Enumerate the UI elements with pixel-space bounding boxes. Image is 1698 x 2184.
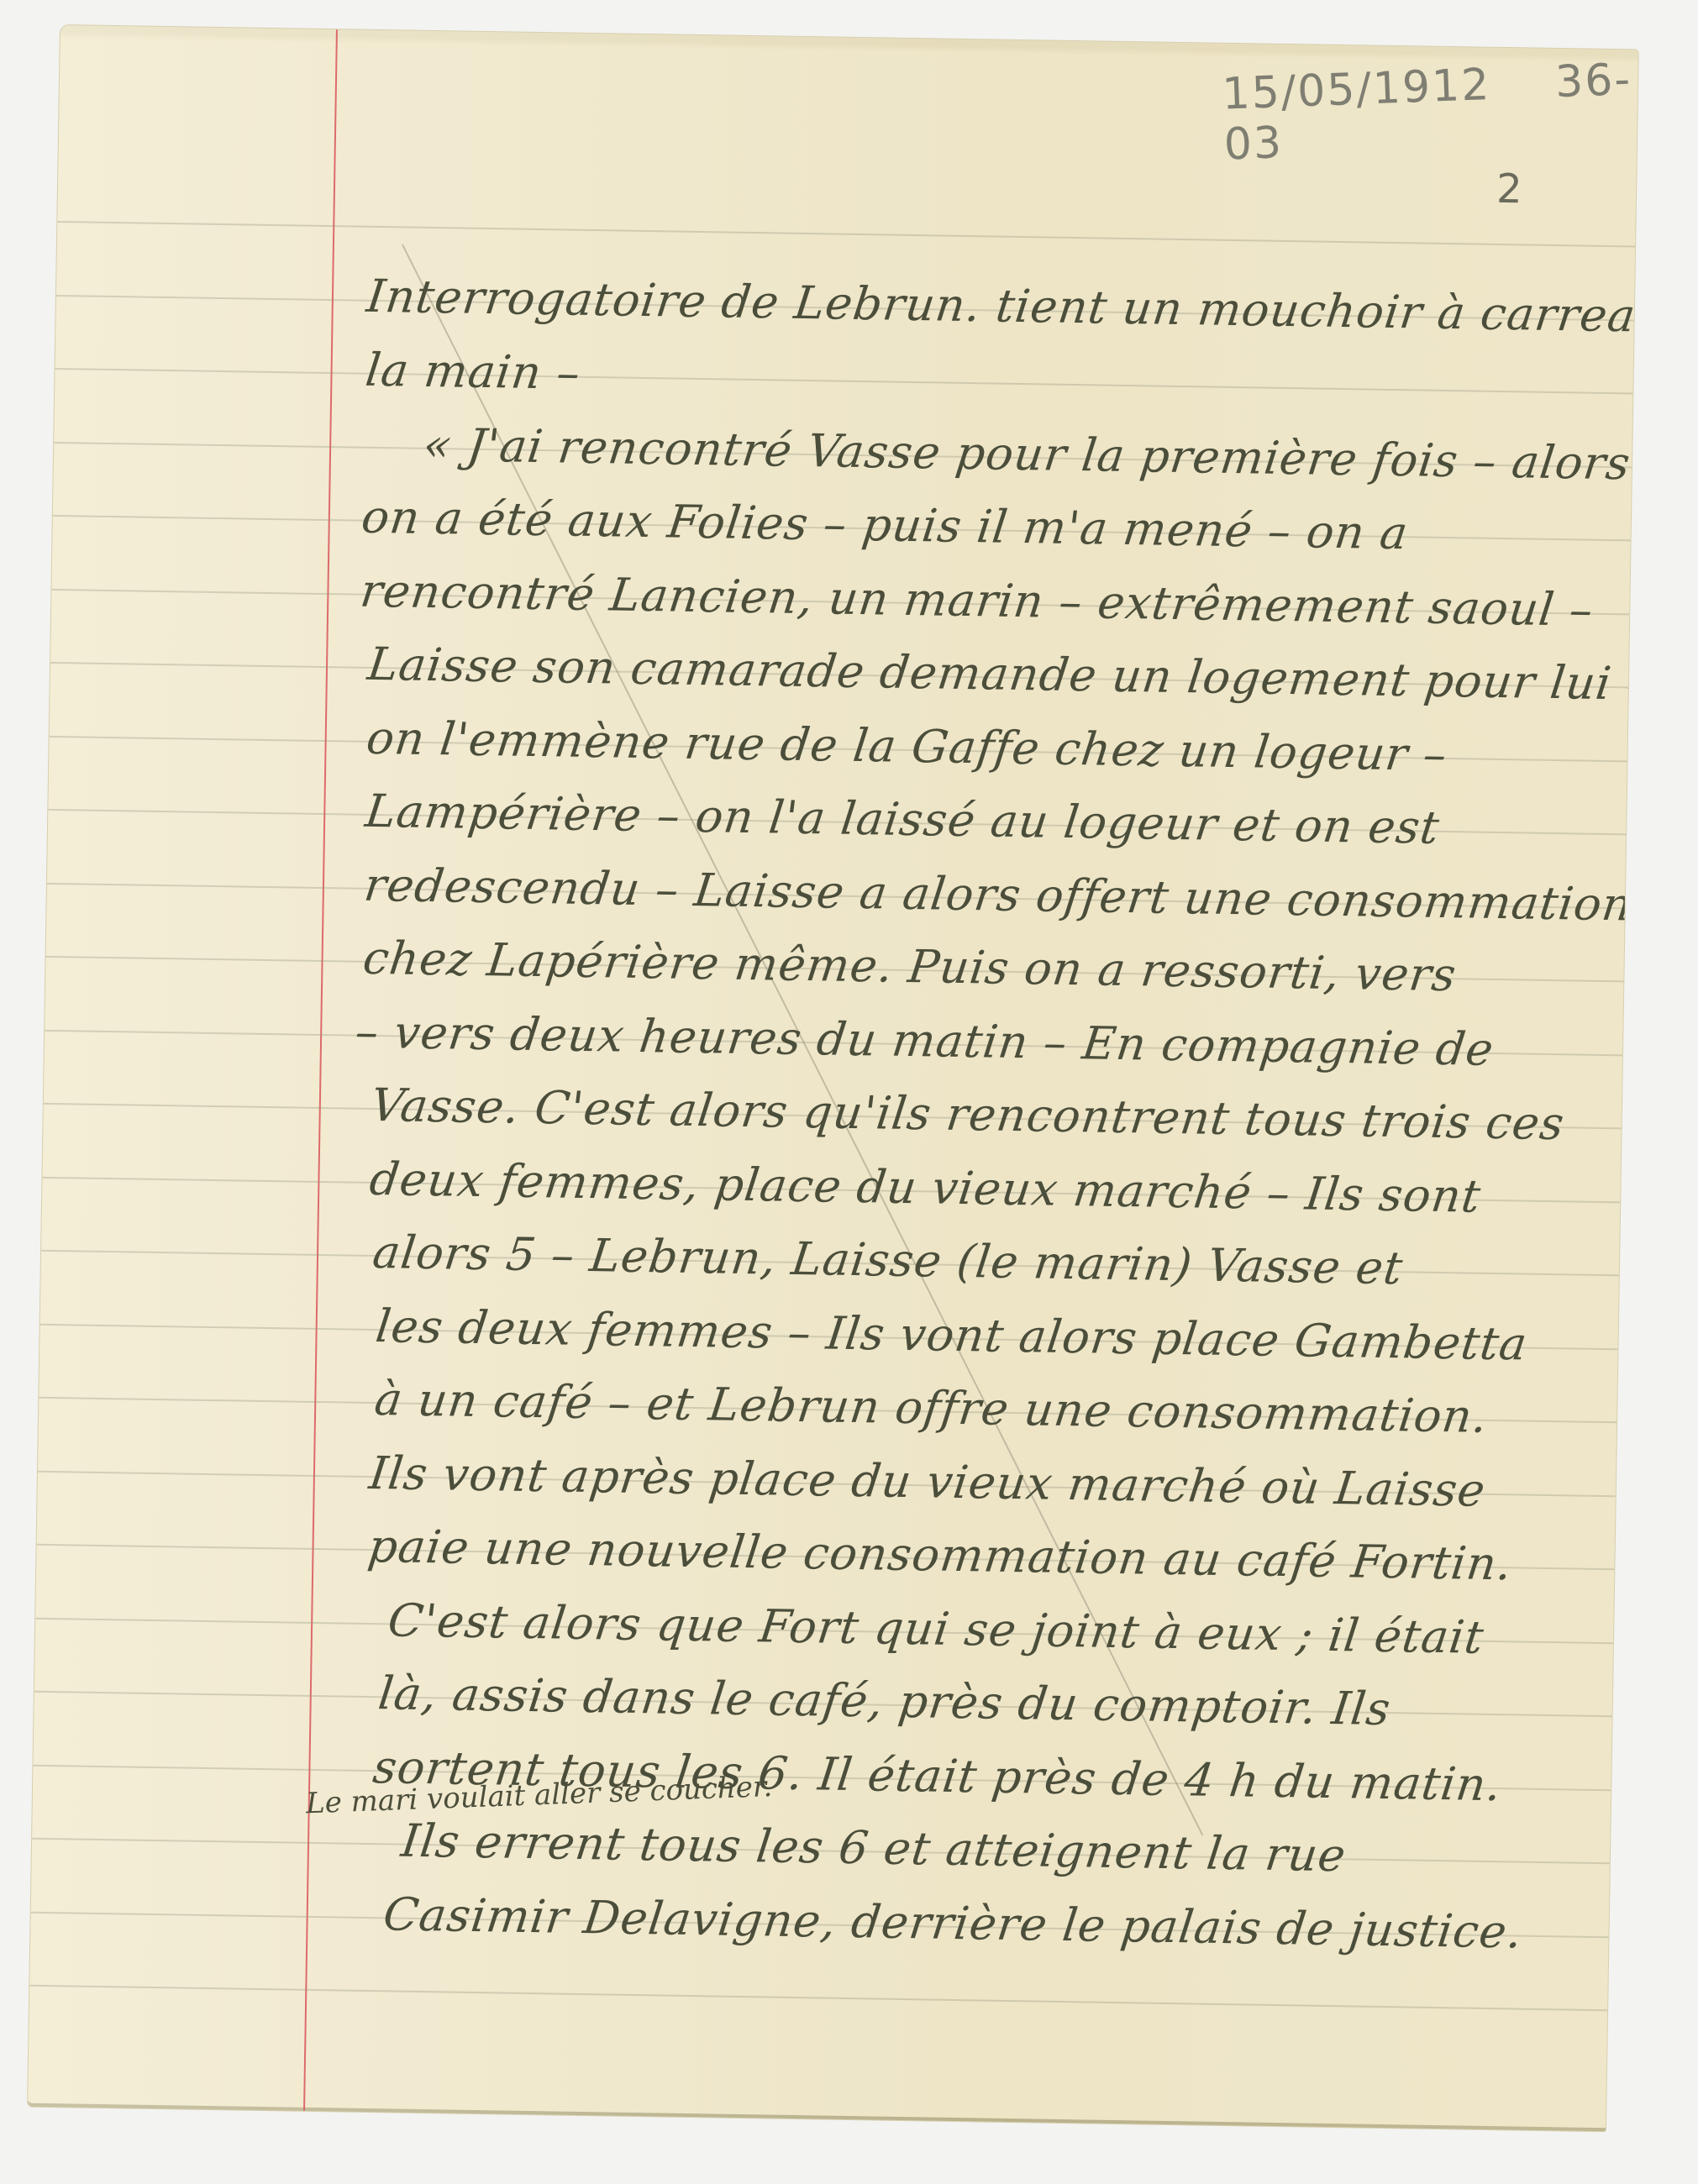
text-line: Lampérière – on l'a laissé au logeur et … [363,789,1442,851]
text-line: Interrogatoire de Lebrun. tient un mouch… [365,274,1638,340]
text-line: les deux femmes – Ils vont alors place G… [373,1304,1530,1367]
text-line: alors 5 – Lebrun, Laisse (le marin) Vass… [371,1230,1406,1291]
text-line: Ils errent tous les 6 et atteignent la r… [399,1819,1348,1879]
archive-date: 15/05/1912 [1222,60,1492,120]
text-line: « J'ai rencontré Vasse pour la première … [421,423,1633,486]
text-line: chez Lapérière même. Puis on a ressorti,… [360,936,1459,998]
text-line: Vasse. C'est alors qu'ils rencontrent to… [369,1083,1567,1147]
text-line: paie une nouvelle consommation au café F… [365,1524,1515,1587]
text-line: la main – [363,348,583,396]
text-line: à un café – et Lebrun offre une consomma… [372,1377,1490,1440]
manuscript-page: 15/05/1912 36-03 2 Interrogatoire de Leb… [28,25,1638,2131]
ruled-line [55,368,1633,394]
text-line: C'est alors que Fort qui se joint à eux … [386,1598,1486,1660]
page-number: 2 [1496,165,1522,213]
text-line: rencontré Lancien, un marin – extrêmemen… [358,569,1595,633]
text-line: Ils vont après place du vieux marché où … [367,1451,1488,1514]
text-line: redescendu – Laisse a alors offert une c… [362,863,1635,928]
ruled-line [29,1985,1607,2011]
archive-date-stamp: 15/05/1912 36-03 [1222,55,1638,171]
text-line: Laisse son camarade demande un logement … [365,642,1638,707]
text-line: là, assis dans le café, près du comptoir… [376,1671,1394,1732]
text-line: on a été aux Folies – puis il m'a mené –… [360,495,1411,556]
text-line: Casimir Delavigne, derrière le palais de… [381,1892,1525,1955]
text-line: on l'emmène rue de la Gaffe chez un loge… [364,716,1449,778]
text-line: – vers deux heures du matin – En compagn… [353,1010,1496,1073]
ruled-line [57,221,1635,247]
text-line: deux femmes, place du vieux marché – Ils… [367,1157,1483,1220]
